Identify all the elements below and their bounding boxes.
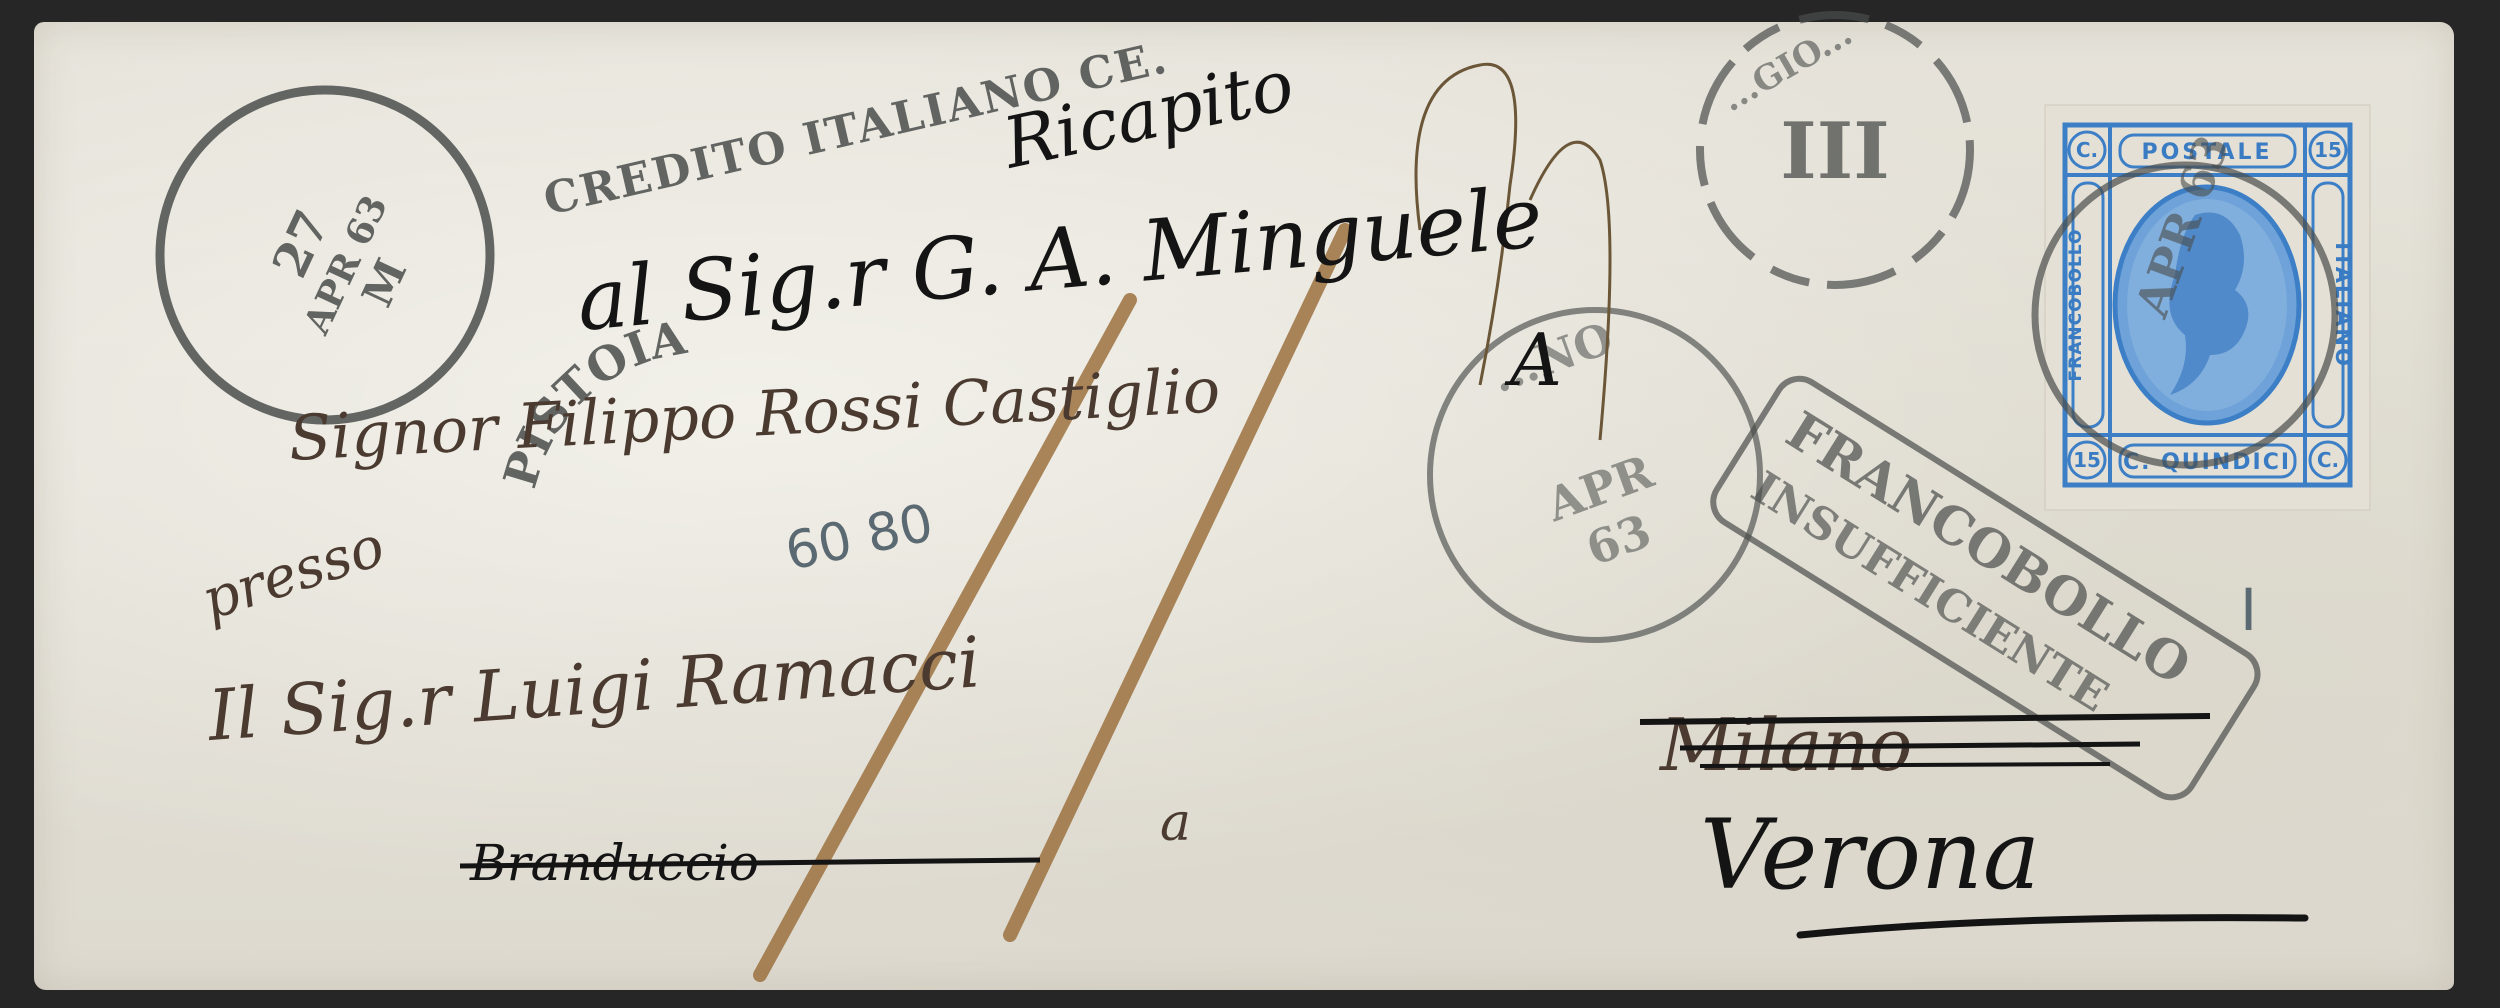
struck-origin: Branduccio bbox=[460, 834, 1040, 892]
stamp-corner-tl: C. bbox=[2076, 138, 2098, 162]
recipient-line-4: Il Sig.r Luigi Ramacci bbox=[203, 621, 983, 757]
postage-stamp: C. 15 15 C. POSTALE C. QUINDICI ITALIANO… bbox=[2035, 105, 2370, 510]
recipient-line-1: al Sig.r G. A. Minguele bbox=[573, 168, 1546, 350]
svg-text:III: III bbox=[1780, 106, 1889, 197]
recipient-line-3: presso bbox=[194, 514, 392, 634]
destination-city: Verona bbox=[1700, 799, 2040, 911]
pencil-roman-numeral: I bbox=[2240, 576, 2257, 644]
transit-postmark: ...NO APR 63 bbox=[1430, 310, 1760, 640]
suffix-a: a bbox=[1160, 793, 1191, 853]
arrival-postmark: III ...GIO... bbox=[1700, 14, 1970, 285]
envelope-markings: CREDITO ITALIANO CE. PISTOIA 27 APR 63 M… bbox=[0, 0, 2500, 1008]
svg-text:...GIO...: ...GIO... bbox=[1715, 14, 1859, 120]
stamp-left-label: FRANCOBOLLO bbox=[2066, 229, 2086, 382]
stamp-corner-tr: 15 bbox=[2314, 138, 2342, 162]
stamp-corner-bl: 15 bbox=[2073, 448, 2101, 472]
stamp-corner-br: C. bbox=[2317, 448, 2339, 472]
pencil-note: 60 80 bbox=[780, 493, 938, 583]
recipient-line-2: Signor Filippo Rossi Castiglio bbox=[287, 353, 1222, 475]
destination-underline bbox=[1800, 918, 2305, 935]
ink-mark-a: A bbox=[1504, 318, 1562, 402]
